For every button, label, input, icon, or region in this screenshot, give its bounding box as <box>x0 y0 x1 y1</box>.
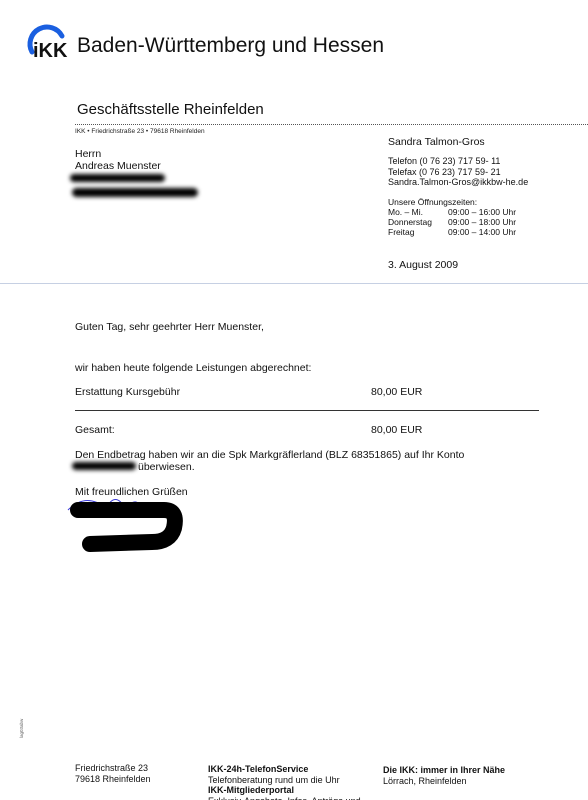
item-amount: 80,00 EUR <box>371 386 422 398</box>
dotted-divider <box>75 124 588 125</box>
greeting: Guten Tag, sehr geehrter Herr Muenster, <box>75 321 264 333</box>
total-amount: 80,00 EUR <box>371 424 422 436</box>
letter-date: 3. August 2009 <box>388 259 458 271</box>
ikk-logo: iKK <box>24 22 72 60</box>
opening-hours: Unsere Öffnungszeiten: Mo. – Mi.09:00 – … <box>388 197 516 237</box>
transfer-line-1: Den Endbetrag haben wir an die Spk Markg… <box>75 449 464 461</box>
total-label: Gesamt: <box>75 424 115 436</box>
footer-services: IKK-24h-TelefonService Telefonberatung r… <box>208 764 361 800</box>
recipient-block: Herrn Andreas Muenster <box>75 148 161 172</box>
hours-row: Freitag09:00 – 14:00 Uhr <box>388 227 516 237</box>
contact-info: Telefon (0 76 23) 717 59- 11 Telefax (0 … <box>388 156 528 188</box>
transfer-line-2: überwiesen. <box>138 461 195 473</box>
contact-name: Sandra Talmon-Gros <box>388 136 485 148</box>
intro: wir haben heute folgende Leistungen abge… <box>75 362 311 374</box>
contact-phone: Telefon (0 76 23) 717 59- 11 <box>388 156 528 167</box>
service-title: IKK-24h-TelefonService <box>208 764 361 775</box>
redacted-account <box>72 462 136 470</box>
contact-fax: Telefax (0 76 23) 717 59- 21 <box>388 167 528 178</box>
hours-row: Mo. – Mi.09:00 – 16:00 Uhr <box>388 207 516 217</box>
near-title: Die IKK: immer in Ihrer Nähe <box>383 765 505 776</box>
hours-title: Unsere Öffnungszeiten: <box>388 197 516 207</box>
office-name: Geschäftsstelle Rheinfelden <box>77 101 264 118</box>
redacted-city <box>72 188 198 197</box>
redacted-street <box>70 174 165 182</box>
recipient-salutation: Herrn <box>75 148 161 160</box>
redacted-signature <box>66 496 186 556</box>
footer-address: Friedrichstraße 23 79618 Rheinfelden <box>75 763 151 784</box>
service-text: Telefonberatung rund um die Uhr <box>208 775 361 786</box>
near-text: Lörrach, Rheinfelden <box>383 776 505 787</box>
side-code: lag03abw <box>19 719 24 738</box>
hours-row: Donnerstag09:00 – 18:00 Uhr <box>388 217 516 227</box>
footer-locations: Die IKK: immer in Ihrer Nähe Lörrach, Rh… <box>383 765 505 786</box>
organization-name: Baden-Württemberg und Hessen <box>77 34 384 58</box>
sender-line: IKK • Friedrichstraße 23 • 79618 Rheinfe… <box>75 128 205 135</box>
contact-email[interactable]: Sandra.Talmon-Gros@ikkbw-he.de <box>388 177 528 188</box>
svg-text:iKK: iKK <box>33 40 68 60</box>
sum-divider <box>75 410 539 411</box>
fold-line <box>0 283 588 284</box>
portal-title: IKK-Mitgliederportal <box>208 785 361 796</box>
item-label: Erstattung Kursgebühr <box>75 386 180 398</box>
portal-text: Exklusiv-Angebote, Infos, Anträge und <box>208 796 361 800</box>
recipient-name: Andreas Muenster <box>75 160 161 172</box>
